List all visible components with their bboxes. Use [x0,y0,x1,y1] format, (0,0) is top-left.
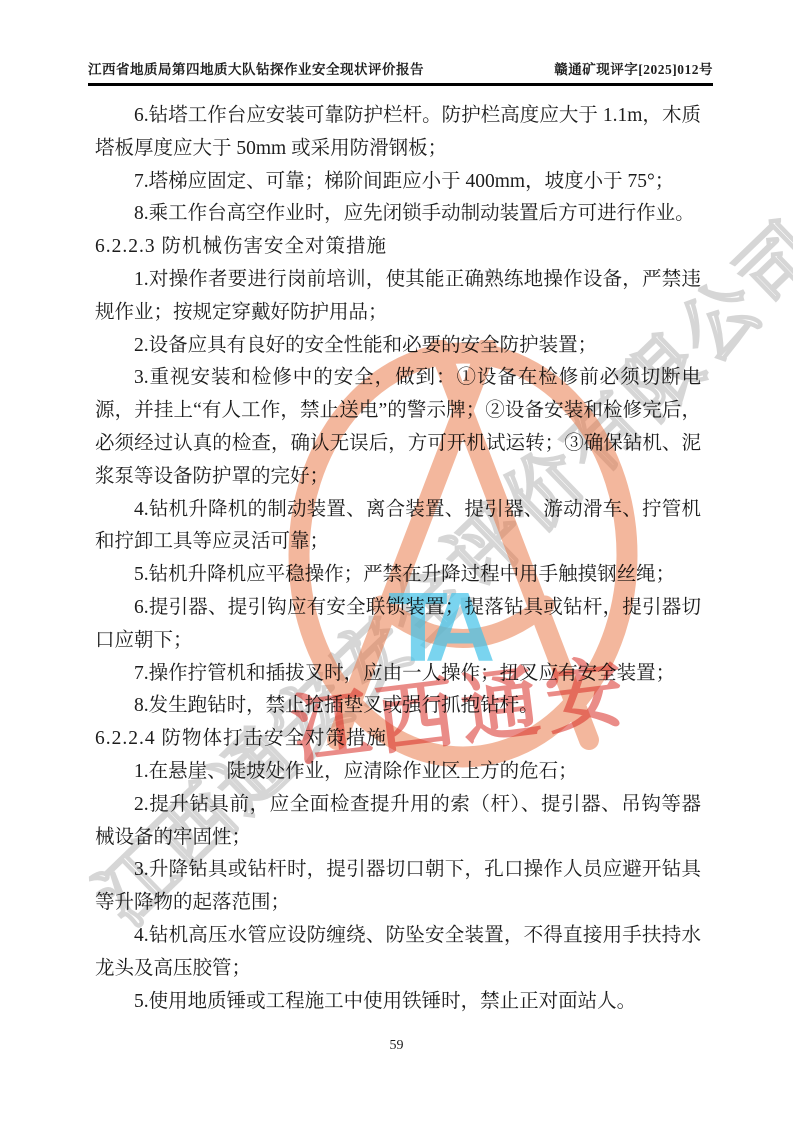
body-text: 6.钻塔工作台应安装可靠防护栏杆。防护栏高度应大于 1.1m，木质塔板厚度应大于… [95,100,701,1018]
paragraph: 8.乘工作台高空作业时，应先闭锁手动制动装置后方可进行作业。 [95,198,701,231]
paragraph: 5.钻机升降机应平稳操作；严禁在升降过程中用手触摸钢丝绳； [95,559,701,592]
page-number: 59 [0,1038,793,1054]
paragraph: 2.设备应具有良好的安全性能和必要的安全防护装置； [95,330,701,363]
paragraph: 6.钻塔工作台应安装可靠防护栏杆。防护栏高度应大于 1.1m，木质塔板厚度应大于… [95,100,701,166]
paragraph: 4.钻机高压水管应设防缠绕、防坠安全装置，不得直接用手扶持水龙头及高压胶管； [95,920,701,986]
paragraph: 3.升降钻具或钻杆时，提引器切口朝下，孔口操作人员应避开钻具等升降物的起落范围； [95,854,701,920]
paragraph: 7.操作拧管机和插拔叉时，应由一人操作；扭叉应有安全装置； [95,658,701,691]
paragraph: 5.使用地质锤或工程施工中使用铁锤时，禁止正对面站人。 [95,986,701,1019]
paragraph: 2.提升钻具前，应全面检查提升用的索（杆）、提引器、吊钩等器械设备的牢固性； [95,789,701,855]
section-heading: 6.2.2.4 防物体打击安全对策措施 [95,723,701,756]
header-report-title: 江西省地质局第四地质大队钻探作业安全现状评价报告 [88,58,424,78]
paragraph: 8.发生跑钻时，禁止抢插垫叉或强行抓抱钻杆。 [95,690,701,723]
paragraph: 4.钻机升降机的制动装置、离合装置、提引器、游动滑车、拧管机和拧卸工具等应灵活可… [95,494,701,560]
header-doc-number: 赣通矿现评字[2025]012号 [554,58,713,78]
paragraph: 1.对操作者要进行岗前培训，使其能正确熟练地操作设备，严禁违规作业；按规定穿戴好… [95,264,701,330]
paragraph: 1.在悬崖、陡坡处作业，应清除作业区上方的危石； [95,756,701,789]
document-page: 江西通安安全评价有限公司 TA 江西通安 江西省地质局第四地质大队钻探作业安全现… [0,0,793,1122]
page-header: 江西省地质局第四地质大队钻探作业安全现状评价报告 赣通矿现评字[2025]012… [88,58,713,86]
section-heading: 6.2.2.3 防机械伤害安全对策措施 [95,231,701,264]
paragraph: 7.塔梯应固定、可靠；梯阶间距应小于 400mm，坡度小于 75°； [95,166,701,199]
paragraph: 3.重视安装和检修中的安全，做到：①设备在检修前必须切断电源，并挂上“有人工作，… [95,362,701,493]
paragraph: 6.提引器、提引钩应有安全联锁装置；提落钻具或钻杆，提引器切口应朝下； [95,592,701,658]
